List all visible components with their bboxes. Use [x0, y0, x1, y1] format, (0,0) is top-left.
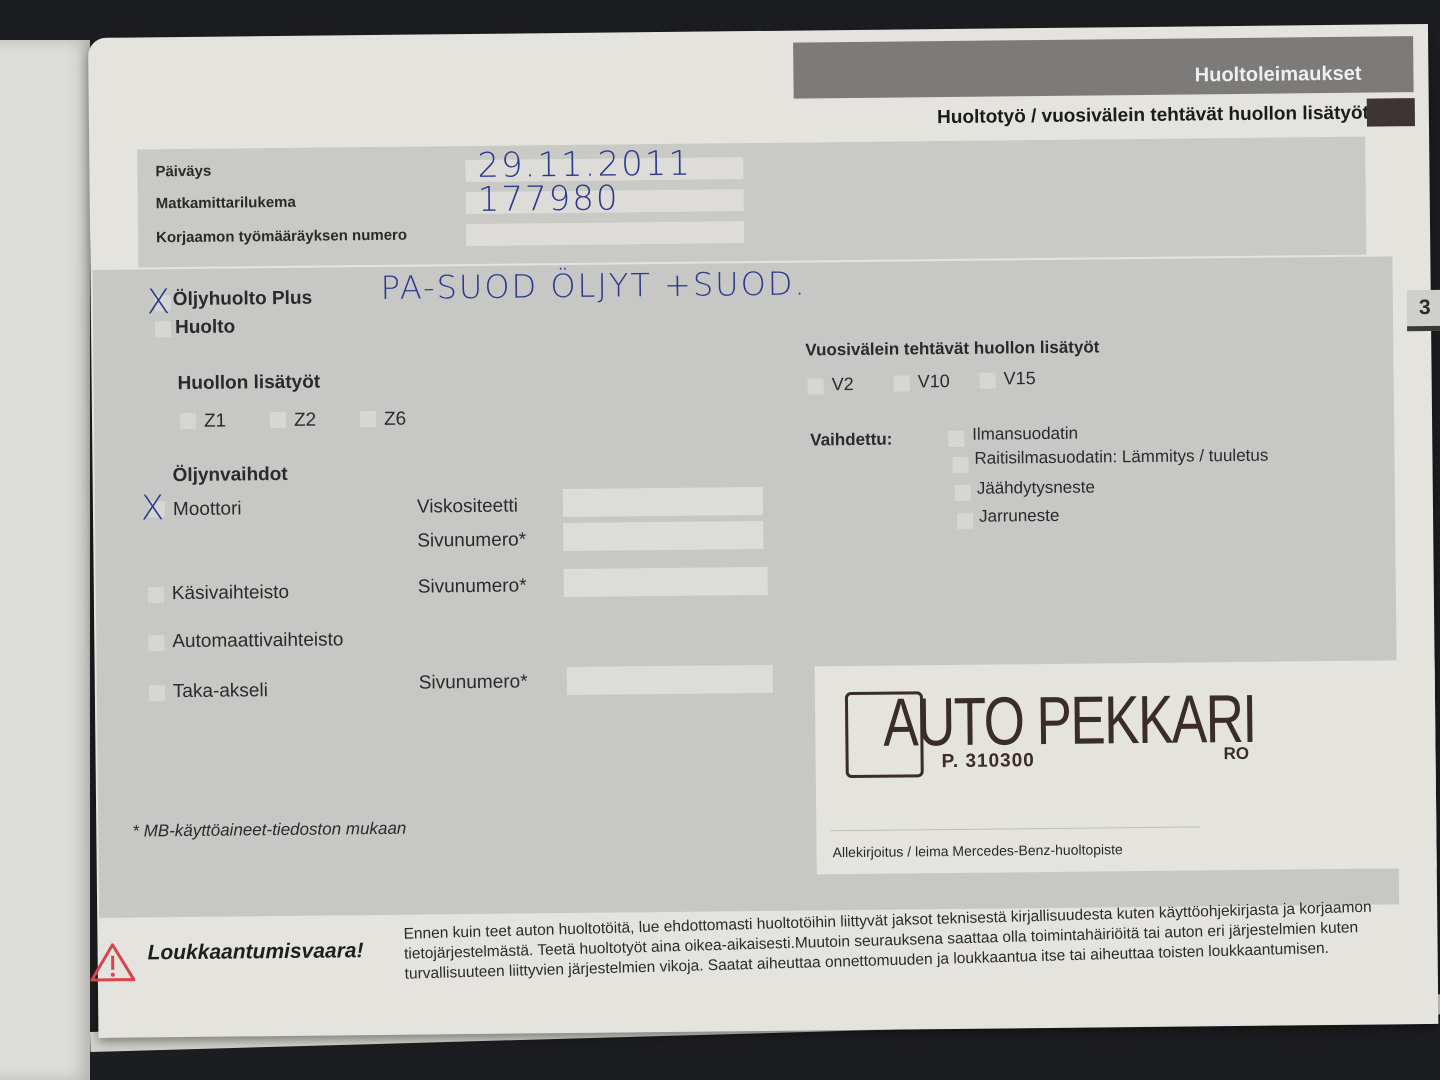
- section-header-band: Huoltoleimaukset: [793, 36, 1414, 98]
- oil-changes-heading: Öljynvaihdot: [172, 464, 287, 487]
- replaced-heading: Vaihdettu:: [810, 430, 892, 451]
- signature-stamp-area: AUTO PEKKARI P. 310300 RO Allekirjoitus …: [815, 660, 1437, 874]
- left-page-edge: [0, 40, 90, 1080]
- checkbox-jarruneste[interactable]: [957, 513, 973, 529]
- signature-label: Allekirjoitus / leima Mercedes-Benz-huol…: [832, 841, 1122, 860]
- checkbox-raitisilmasuodatin[interactable]: [952, 457, 968, 473]
- page-subtitle: Huoltotyö / vuosivälein tehtävät huollon…: [937, 103, 1369, 130]
- work-order-field[interactable]: [466, 221, 744, 246]
- checkbox-v10[interactable]: [894, 375, 910, 391]
- workshop-stamp: AUTO PEKKARI P. 310300 RO: [845, 682, 1266, 786]
- checkbox-v15[interactable]: [980, 373, 996, 389]
- chapter-tab: 3: [1407, 290, 1440, 331]
- work-order-label: Korjaamon työmääräyksen numero: [156, 227, 407, 247]
- v15-label: V15: [1004, 368, 1036, 389]
- checkbox-jaahdytysneste[interactable]: [955, 485, 971, 501]
- annual-work-heading: Vuosivälein tehtävät huollon lisätyöt: [805, 337, 1099, 360]
- checkbox-z6[interactable]: [360, 411, 376, 427]
- v2-label: V2: [832, 374, 854, 395]
- ilmansuodatin-label: Ilmansuodatin: [972, 424, 1078, 445]
- handwritten-note: PA-SUOD ÖLJYT +SUOD.: [380, 264, 806, 306]
- rear-axle-page-field[interactable]: [567, 665, 773, 695]
- automaattivaihteisto-label: Automaattivaihteisto: [172, 629, 343, 653]
- service-info-form: Päiväys 29.11.2011 Matkamittarilukema 17…: [137, 137, 1366, 268]
- checkbox-v2[interactable]: [808, 378, 824, 394]
- stamp-city: RO: [1223, 744, 1249, 764]
- jaahdytysneste-label: Jäähdytysneste: [977, 477, 1095, 498]
- v10-label: V10: [918, 371, 950, 392]
- jarruneste-label: Jarruneste: [979, 506, 1060, 527]
- additional-work-heading: Huollon lisätyöt: [178, 372, 321, 395]
- z2-label: Z2: [294, 410, 316, 432]
- date-label: Päiväys: [155, 163, 211, 181]
- service-booklet-page: Huoltoleimaukset Huoltotyö / vuosivälein…: [88, 24, 1438, 1038]
- stamp-name: AUTO PEKKARI: [883, 684, 1256, 758]
- oljyhuolto-plus-label: Öljyhuolto Plus: [173, 288, 313, 311]
- signature-line: [830, 826, 1200, 831]
- checkbox-oljyhuolto-plus[interactable]: [155, 295, 171, 311]
- taka-akseli-label: Taka-akseli: [173, 680, 268, 703]
- manual-gearbox-page-label: Sivunumero*: [418, 575, 527, 598]
- checkbox-huolto[interactable]: [155, 321, 171, 337]
- checkbox-z2[interactable]: [270, 412, 286, 428]
- checkbox-automaattivaihteisto[interactable]: [148, 635, 164, 651]
- chapter-number: 3: [1419, 296, 1431, 320]
- z1-label: Z1: [204, 411, 226, 433]
- odometer-value: 177980: [478, 178, 620, 219]
- injury-warning: Loukkaantumisvaara! Ennen kuin teet auto…: [89, 904, 1410, 1028]
- odometer-label: Matkamittarilukema: [156, 194, 296, 212]
- engine-page-field[interactable]: [563, 521, 763, 551]
- engine-page-label: Sivunumero*: [417, 529, 526, 552]
- subtitle-marker: [1367, 98, 1415, 127]
- checkbox-moottori[interactable]: [149, 501, 165, 517]
- huolto-label: Huolto: [175, 316, 235, 339]
- kasivaihteisto-label: Käsivaihteisto: [172, 582, 289, 605]
- checkbox-taka-akseli[interactable]: [149, 685, 165, 701]
- rear-axle-page-label: Sivunumero*: [419, 671, 528, 694]
- viscosity-label: Viskositeetti: [417, 496, 518, 519]
- service-checklist-form: Öljyhuolto Plus Huolto PA-SUOD ÖLJYT +SU…: [92, 256, 1399, 918]
- checkbox-z1[interactable]: [180, 413, 196, 429]
- checkbox-ilmansuodatin[interactable]: [948, 431, 964, 447]
- raitisilmasuodatin-label: Raitisilmasuodatin: Lämmitys / tuuletus: [974, 446, 1268, 469]
- warning-triangle-icon: [89, 942, 135, 982]
- manual-gearbox-page-field[interactable]: [564, 567, 768, 597]
- stamp-phone: P. 310300: [942, 750, 1035, 773]
- section-title: Huoltoleimaukset: [1195, 63, 1362, 88]
- footnote: * MB-käyttöaineet-tiedoston mukaan: [132, 819, 406, 842]
- moottori-label: Moottori: [173, 498, 242, 521]
- z6-label: Z6: [384, 409, 406, 431]
- viscosity-field[interactable]: [563, 487, 763, 517]
- checkbox-kasivaihteisto[interactable]: [148, 587, 164, 603]
- warning-title: Loukkaantumisvaara!: [147, 939, 363, 965]
